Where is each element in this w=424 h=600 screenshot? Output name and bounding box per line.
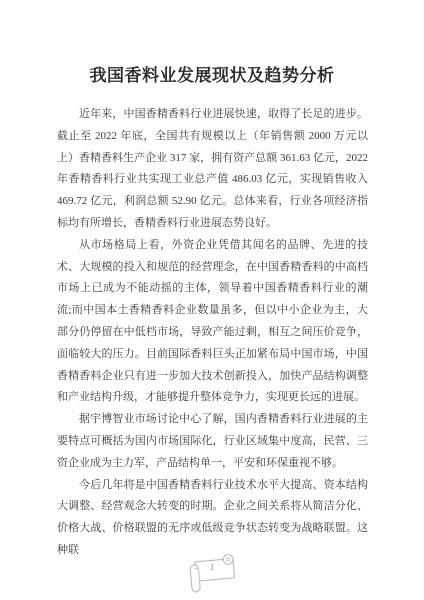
document-body: 近年来，中国香精香料行业进展快速，取得了长足的进步。截止至 2022 年底，全国… (57, 104, 368, 562)
page-title: 我国香料业发展现状及趋势分析 (0, 61, 424, 86)
page-footer: 1 (184, 552, 240, 596)
paragraph-market-structure: 从市场格局上看，外资企业凭借其闻名的品牌、先进的技术、大规模的投入和规范的经营理… (57, 235, 368, 409)
document-page: 我国香料业发展现状及趋势分析 近年来，中国香精香料行业进展快速，取得了长足的进步… (0, 0, 424, 600)
paragraph-industry-overview: 近年来，中国香精香料行业进展快速，取得了长足的进步。截止至 2022 年底，全国… (57, 104, 368, 235)
scroll-banner-icon (184, 552, 240, 596)
paragraph-future-trends: 今后几年将是中国香精香料行业技术水平大提高、资本结构大调整、经营观念大转变的时期… (57, 475, 368, 562)
page-number: 1 (184, 562, 240, 572)
paragraph-industry-features: 据宇博智业市场讨论中心了解，国内香精香料行业进展的主要特点可概括为国内市场国际化… (57, 409, 368, 474)
